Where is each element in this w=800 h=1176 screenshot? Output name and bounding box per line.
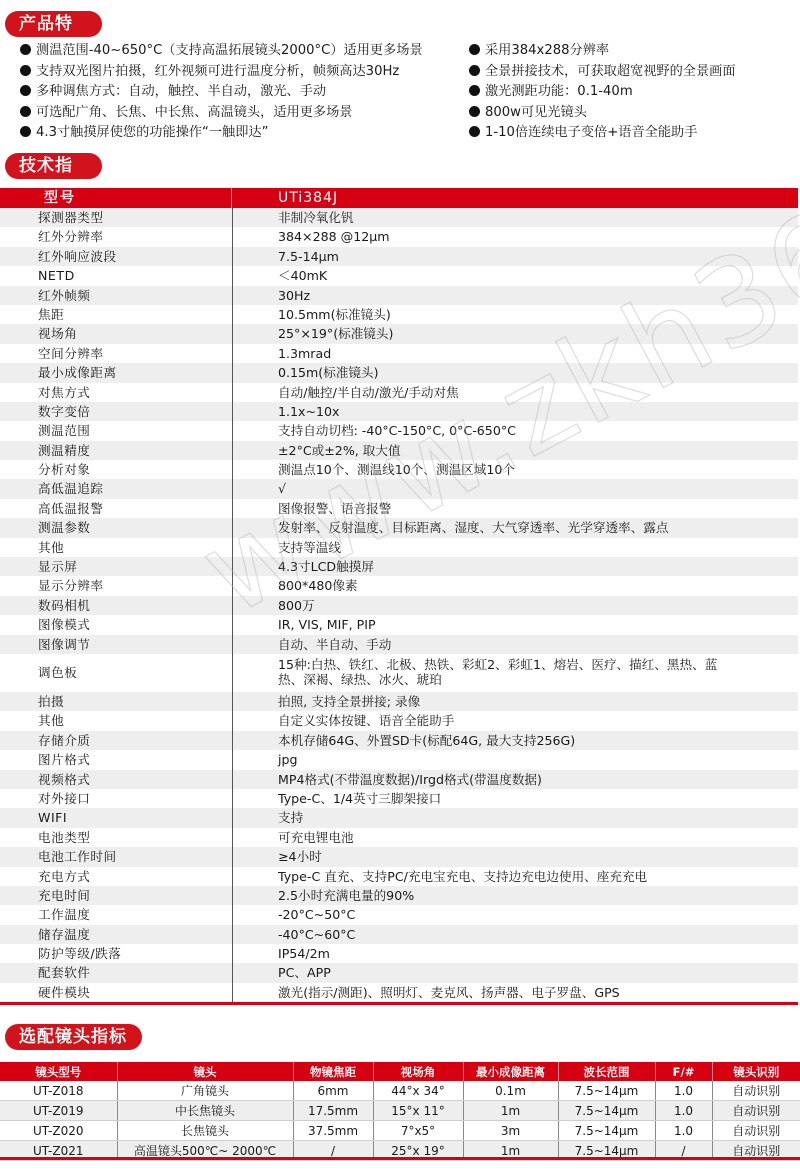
bullet-icon xyxy=(469,85,480,96)
spec-key: 测温范围 xyxy=(38,421,90,440)
cell: 1.0 xyxy=(655,1081,712,1101)
column-divider xyxy=(232,499,233,518)
spec-value: 激光(指示/测距)、照明灯、麦克风、扬声器、电子罗盘、GPS xyxy=(278,983,620,1002)
cell: 7.5~14μm xyxy=(558,1081,655,1101)
spec-value: 自动、半自动、手动 xyxy=(278,635,391,654)
spec-key: 视场角 xyxy=(38,324,77,343)
spec-row: NETD＜40mK xyxy=(0,266,798,285)
spec-row: 调色板15种:白热、铁红、北极、热铁、彩虹2、彩虹1、熔岩、医疗、描红、黑热、蓝… xyxy=(0,654,798,692)
cell: 广角镜头 xyxy=(117,1081,293,1101)
bullet-icon xyxy=(20,106,31,117)
spec-value: PC、APP xyxy=(278,963,331,982)
spec-row: 数码相机800万 xyxy=(0,596,798,615)
spec-value: ±2°C或±2%, 取大值 xyxy=(278,441,401,460)
feature-item: 4.3寸触摸屏使您的功能操作“一触即达” xyxy=(20,123,423,144)
spec-row: 焦距10.5mm(标准镜头) xyxy=(0,305,798,324)
spec-value: MP4格式(不带温度数据)/Irgd格式(带温度数据) xyxy=(278,770,542,789)
spec-value: 发射率、反射温度、目标距离、湿度、大气穿透率、光学穿透率、露点 xyxy=(278,518,668,537)
column-divider xyxy=(232,983,233,1002)
bullet-icon xyxy=(469,126,480,137)
spec-value: 拍照, 支持全景拼接; 录像 xyxy=(278,692,420,711)
spec-key: 焦距 xyxy=(38,305,64,324)
bullet-icon xyxy=(20,65,31,76)
cell: UT-Z018 xyxy=(0,1081,117,1101)
column-divider xyxy=(232,789,233,808)
spec-key: 高低温追踪 xyxy=(38,479,103,498)
section-title-lens: 选配镜头指标 xyxy=(5,1024,142,1050)
column-divider xyxy=(232,944,233,963)
spec-row: 存储介质本机存储64G、外置SD卡(标配64G, 最大支持256G) xyxy=(0,731,798,750)
column-divider xyxy=(232,305,233,324)
column-divider xyxy=(232,344,233,363)
spec-value: 0.15m(标准镜头) xyxy=(278,363,379,382)
spec-row: 高低温追踪√ xyxy=(0,479,798,498)
spec-value: ＜40mK xyxy=(278,266,327,285)
cell: 17.5mm xyxy=(293,1101,373,1121)
spec-key: 图片格式 xyxy=(38,750,90,769)
spec-value: -20°C~50°C xyxy=(278,905,355,924)
spec-value: -40°C~60°C xyxy=(278,925,355,944)
column-divider xyxy=(232,731,233,750)
spec-key: 充电方式 xyxy=(38,867,90,886)
cell: 自动识别 xyxy=(712,1081,800,1101)
cell: 6mm xyxy=(293,1081,373,1101)
feature-item: 800w可见光镜头 xyxy=(469,103,736,124)
spec-key: NETD xyxy=(38,266,75,285)
spec-row: 硬件模块激光(指示/测距)、照明灯、麦克风、扬声器、电子罗盘、GPS xyxy=(0,983,798,1002)
spec-value: 可充电锂电池 xyxy=(278,828,354,847)
spec-row: 对外接口Type-C、1/4英寸三脚架接口 xyxy=(0,789,798,808)
column-header: F/# xyxy=(655,1062,712,1081)
spec-key: 显示分辨率 xyxy=(38,576,103,595)
spec-row: WIFI支持 xyxy=(0,808,798,827)
column-header: 最小成像距离 xyxy=(463,1062,558,1081)
spec-value: 384×288 @12μm xyxy=(278,227,390,246)
column-divider xyxy=(232,363,233,382)
bullet-icon xyxy=(469,65,480,76)
column-divider xyxy=(232,518,233,537)
spec-value: 1.3mrad xyxy=(278,344,331,363)
spec-row: 电池类型可充电锂电池 xyxy=(0,828,798,847)
column-divider xyxy=(232,750,233,769)
header-model-label: 型号 xyxy=(44,188,76,208)
lens-table-header: 镜头型号 镜头 物镜焦距 视场角 最小成像距离 波长范围 F/# 镜头识别 xyxy=(0,1062,800,1081)
column-divider xyxy=(232,576,233,595)
column-header: 镜头型号 xyxy=(0,1062,117,1081)
column-divider xyxy=(232,557,233,576)
spec-table: 型号 UTi384J 探测器类型非制冷氧化钒红外分辨率384×288 @12μm… xyxy=(0,188,798,1005)
column-divider xyxy=(232,266,233,285)
cell: 长焦镜头 xyxy=(117,1121,293,1141)
spec-key: 高低温报警 xyxy=(38,499,103,518)
spec-row: 拍摄拍照, 支持全景拼接; 录像 xyxy=(0,692,798,711)
spec-row: 高低温报警图像报警、语音报警 xyxy=(0,499,798,518)
column-divider xyxy=(232,692,233,711)
column-divider xyxy=(232,886,233,905)
spec-row: 显示分辨率 800*480像素 xyxy=(0,576,798,595)
bullet-icon xyxy=(20,85,31,96)
spec-row: 视频格式MP4格式(不带温度数据)/Irgd格式(带温度数据) xyxy=(0,770,798,789)
feature-item: 支持双光图片拍摄，红外视频可进行温度分析，帧频高达30Hz xyxy=(20,62,423,83)
spec-key: 配套软件 xyxy=(38,963,90,982)
spec-row: 充电时间2.5小时充满电量的90% xyxy=(0,886,798,905)
spec-value: Type-C、1/4英寸三脚架接口 xyxy=(278,789,441,808)
spec-key: WIFI xyxy=(38,808,67,827)
spec-key: 电池工作时间 xyxy=(38,847,117,866)
spec-key: 充电时间 xyxy=(38,886,90,905)
column-divider xyxy=(232,208,233,227)
spec-key: 数字变倍 xyxy=(38,402,90,421)
column-divider xyxy=(232,227,233,246)
spec-key: 其他 xyxy=(38,711,64,730)
column-divider xyxy=(232,421,233,440)
table-row: UT-Z018 广角镜头 6mm 44°x 34° 0.1m 7.5~14μm … xyxy=(0,1081,800,1101)
spec-key: 空间分辨率 xyxy=(38,344,103,363)
cell: 0.1m xyxy=(463,1081,558,1101)
table-row: UT-Z020 长焦镜头 37.5mm 7°x5° 3m 7.5~14μm 1.… xyxy=(0,1121,800,1141)
spec-value: 800*480像素 xyxy=(278,576,358,595)
bullet-icon xyxy=(20,44,31,55)
column-divider xyxy=(232,441,233,460)
spec-key: 储存温度 xyxy=(38,925,90,944)
column-divider xyxy=(232,770,233,789)
cell: 44°x 34° xyxy=(373,1081,463,1101)
spec-row: 防护等级/跌落IP54/2m xyxy=(0,944,798,963)
column-divider xyxy=(232,383,233,402)
spec-key: 图像模式 xyxy=(38,615,90,634)
spec-value: √ xyxy=(278,479,286,498)
column-divider xyxy=(232,828,233,847)
spec-key: 视频格式 xyxy=(38,770,90,789)
table-bottom-border xyxy=(0,1002,798,1005)
spec-value: 30Hz xyxy=(278,286,310,305)
spec-key: 分析对象 xyxy=(38,460,90,479)
spec-value: 2.5小时充满电量的90% xyxy=(278,886,414,905)
spec-value: 7.5-14μm xyxy=(278,247,339,266)
spec-key: 显示屏 xyxy=(38,557,77,576)
spec-row: 红外响应波段7.5-14μm xyxy=(0,247,798,266)
spec-value: 15种:白热、铁红、北极、热铁、彩虹2、彩虹1、熔岩、医疗、描红、黑热、蓝热、深… xyxy=(278,657,718,687)
cell: 7.5~14μm xyxy=(558,1101,655,1121)
spec-key: 探测器类型 xyxy=(38,208,103,227)
section-title-specs: 技术指标 xyxy=(5,153,102,179)
spec-key: 最小成像距离 xyxy=(38,363,117,382)
column-divider xyxy=(232,538,233,557)
spec-key: 电池类型 xyxy=(38,828,90,847)
column-divider xyxy=(232,479,233,498)
column-divider xyxy=(232,286,233,305)
cell: 自动识别 xyxy=(712,1121,800,1141)
spec-value: 图像报警、语音报警 xyxy=(278,499,391,518)
spec-row: 分析对象测温点10个、测温线10个、测温区域10个 xyxy=(0,460,798,479)
column-divider xyxy=(232,847,233,866)
spec-value: Type-C 直充、支持PC/充电宝充电、支持边充电边使用、座充充电 xyxy=(278,867,647,886)
spec-key: 对外接口 xyxy=(38,789,90,808)
cell: 1m xyxy=(463,1101,558,1121)
spec-value: 25°×19°(标准镜头) xyxy=(278,324,393,343)
column-divider xyxy=(232,925,233,944)
column-divider xyxy=(231,188,232,208)
cell: 1.0 xyxy=(655,1101,712,1121)
cell: 自动识别 xyxy=(712,1101,800,1121)
spec-value: 1.1x~10x xyxy=(278,402,340,421)
spec-value: 4.3寸LCD触摸屏 xyxy=(278,557,374,576)
lens-table: 镜头型号 镜头 物镜焦距 视场角 最小成像距离 波长范围 F/# 镜头识别 UT… xyxy=(0,1062,800,1161)
spec-row: 最小成像距离0.15m(标准镜头) xyxy=(0,363,798,382)
spec-value: IP54/2m xyxy=(278,944,330,963)
spec-value: 支持自动切档: -40°C-150°C, 0°C-650°C xyxy=(278,421,516,440)
table-row: UT-Z019 中长焦镜头 17.5mm 15°x 11° 1m 7.5~14μ… xyxy=(0,1101,800,1121)
spec-row: 储存温度-40°C~60°C xyxy=(0,925,798,944)
spec-table-body: 探测器类型非制冷氧化钒红外分辨率384×288 @12μm红外响应波段7.5-1… xyxy=(0,208,798,1002)
header-model-value: UTi384J xyxy=(278,188,338,208)
spec-key: 拍摄 xyxy=(38,692,64,711)
spec-row: 测温精度±2°C或±2%, 取大值 xyxy=(0,441,798,460)
column-divider xyxy=(232,324,233,343)
feature-column-left: 测温范围-40~650°C（支持高温拓展镜头2000°C）适用更多场景 支持双光… xyxy=(20,41,423,144)
spec-row: 其他支持等温线 xyxy=(0,538,798,557)
spec-row: 图片格式jpg xyxy=(0,750,798,769)
spec-table-header: 型号 UTi384J xyxy=(0,188,798,208)
spec-row: 测温参数发射率、反射温度、目标距离、湿度、大气穿透率、光学穿透率、露点 xyxy=(0,518,798,537)
bullet-icon xyxy=(20,126,31,137)
spec-key: 存储介质 xyxy=(38,731,90,750)
feature-item: 1-10倍连续电子变倍+语音全能助手 xyxy=(469,123,736,144)
spec-key: 红外分辨率 xyxy=(38,227,103,246)
spec-key: 防护等级/跌落 xyxy=(38,944,121,963)
table-bottom-border xyxy=(0,1157,800,1160)
feature-item: 激光测距功能：0.1-40m xyxy=(469,82,736,103)
column-divider xyxy=(232,596,233,615)
feature-item: 测温范围-40~650°C（支持高温拓展镜头2000°C）适用更多场景 xyxy=(20,41,423,62)
spec-row: 工作温度-20°C~50°C xyxy=(0,905,798,924)
spec-key: 红外帧频 xyxy=(38,286,90,305)
column-divider xyxy=(232,867,233,886)
spec-value: 800万 xyxy=(278,596,315,615)
cell: 中长焦镜头 xyxy=(117,1101,293,1121)
feature-column-right: 采用384x288分辨率 全景拼接技术，可获取超宽视野的全景画面 激光测距功能：… xyxy=(469,41,736,144)
column-header: 视场角 xyxy=(373,1062,463,1081)
spec-row: 配套软件PC、APP xyxy=(0,963,798,982)
spec-value: 测温点10个、测温线10个、测温区域10个 xyxy=(278,460,515,479)
spec-key: 图像调节 xyxy=(38,635,90,654)
spec-row: 显示屏4.3寸LCD触摸屏 xyxy=(0,557,798,576)
column-header: 镜头 xyxy=(117,1062,293,1081)
spec-row: 电池工作时间≥4小时 xyxy=(0,847,798,866)
column-divider xyxy=(232,654,233,692)
feature-item: 全景拼接技术，可获取超宽视野的全景画面 xyxy=(469,62,736,83)
cell: 3m xyxy=(463,1121,558,1141)
spec-key: 其他 xyxy=(38,538,64,557)
cell: UT-Z019 xyxy=(0,1101,117,1121)
cell: 37.5mm xyxy=(293,1121,373,1141)
column-divider xyxy=(232,460,233,479)
column-header: 镜头识别 xyxy=(712,1062,800,1081)
cell: 15°x 11° xyxy=(373,1101,463,1121)
spec-value: 支持等温线 xyxy=(278,538,341,557)
spec-row: 数字变倍1.1x~10x xyxy=(0,402,798,421)
column-divider xyxy=(232,615,233,634)
spec-value: IR, VIS, MIF, PIP xyxy=(278,615,376,634)
spec-value: 本机存储64G、外置SD卡(标配64G, 最大支持256G) xyxy=(278,731,575,750)
column-divider xyxy=(232,905,233,924)
column-header: 物镜焦距 xyxy=(293,1062,373,1081)
spec-value: 非制冷氧化钒 xyxy=(278,208,354,227)
spec-row: 探测器类型非制冷氧化钒 xyxy=(0,208,798,227)
spec-row: 视场角25°×19°(标准镜头) xyxy=(0,324,798,343)
spec-key: 红外响应波段 xyxy=(38,247,117,266)
section-title-features: 产品特点 xyxy=(5,11,102,37)
spec-key: 数码相机 xyxy=(38,596,90,615)
spec-row: 图像模式IR, VIS, MIF, PIP xyxy=(0,615,798,634)
spec-value: 自动/触控/半自动/激光/手动对焦 xyxy=(278,383,459,402)
spec-value: 支持 xyxy=(278,808,303,827)
column-divider xyxy=(232,711,233,730)
feature-item: 多种调焦方式：自动，触控、半自动，激光、手动 xyxy=(20,82,423,103)
column-divider xyxy=(232,402,233,421)
cell: 7°x5° xyxy=(373,1121,463,1141)
column-divider xyxy=(232,247,233,266)
spec-row: 测温范围支持自动切档: -40°C-150°C, 0°C-650°C xyxy=(0,421,798,440)
spec-key: 工作温度 xyxy=(38,905,90,924)
spec-key: 测温参数 xyxy=(38,518,90,537)
column-header: 波长范围 xyxy=(558,1062,655,1081)
spec-key: 调色板 xyxy=(38,654,77,692)
feature-item: 采用384x288分辨率 xyxy=(469,41,736,62)
spec-row: 图像调节自动、半自动、手动 xyxy=(0,635,798,654)
cell: 7.5~14μm xyxy=(558,1121,655,1141)
bullet-icon xyxy=(469,106,480,117)
spec-row: 充电方式Type-C 直充、支持PC/充电宝充电、支持边充电边使用、座充充电 xyxy=(0,867,798,886)
column-divider xyxy=(232,963,233,982)
spec-value: 自定义实体按键、语音全能助手 xyxy=(278,711,454,730)
cell: 1.0 xyxy=(655,1121,712,1141)
spec-row: 红外分辨率384×288 @12μm xyxy=(0,227,798,246)
spec-row: 空间分辨率1.3mrad xyxy=(0,344,798,363)
spec-key: 对焦方式 xyxy=(38,383,90,402)
spec-row: 其他自定义实体按键、语音全能助手 xyxy=(0,711,798,730)
feature-item: 可选配广角、长焦、中长焦、高温镜头，适用更多场景 xyxy=(20,103,423,124)
column-divider xyxy=(232,635,233,654)
spec-row: 对焦方式自动/触控/半自动/激光/手动对焦 xyxy=(0,383,798,402)
spec-key: 测温精度 xyxy=(38,441,90,460)
spec-value: jpg xyxy=(278,750,298,769)
spec-value: 10.5mm(标准镜头) xyxy=(278,305,391,324)
column-divider xyxy=(232,808,233,827)
cell: UT-Z020 xyxy=(0,1121,117,1141)
spec-row: 红外帧频30Hz xyxy=(0,286,798,305)
spec-value: ≥4小时 xyxy=(278,847,322,866)
spec-key: 硬件模块 xyxy=(38,983,90,1002)
bullet-icon xyxy=(469,44,480,55)
